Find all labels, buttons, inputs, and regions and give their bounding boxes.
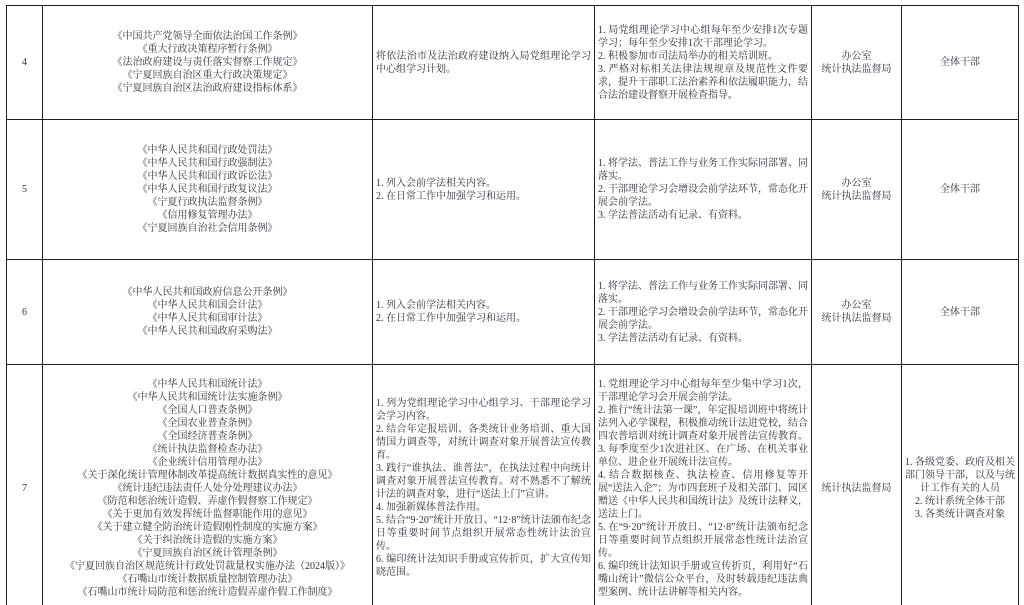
- table-row: 5 《中华人民共和国行政处罚法》 《中华人民共和国行政强制法》 《中华人民共和国…: [7, 120, 1019, 260]
- legal-education-responsibility-table: 4 《中国共产党领导全面依法治国工作条例》 《重大行政决策程序暂行条例》 《法治…: [6, 5, 1019, 605]
- laws-list-cell: 《中华人民共和国行政处罚法》 《中华人民共和国行政强制法》 《中华人民共和国行政…: [43, 120, 373, 260]
- laws-list-cell: 《中华人民共和国政府信息公开条例》 《中华人民共和国会计法》 《中华人民共和国审…: [43, 260, 373, 365]
- tasks-cell: 1. 列入会前学法相关内容。 2. 在日常工作中加强学习和运用。: [373, 120, 595, 260]
- measures-cell: 1. 将学法、普法工作与业务工作实际同部署、同落实。 2. 干部理论学习会增设会…: [595, 260, 812, 365]
- tasks-cell: 1. 列为党组理论学习中心组学习、干部理论学习会学习内容。 2. 结合年定报培训…: [373, 365, 595, 605]
- table-row: 6 《中华人民共和国政府信息公开条例》 《中华人民共和国会计法》 《中华人民共和…: [7, 260, 1019, 365]
- audience-cell: 全体干部: [902, 6, 1019, 120]
- department-cell: 办公室 统计执法监督局: [812, 120, 902, 260]
- table-row: 4 《中国共产党领导全面依法治国工作条例》 《重大行政决策程序暂行条例》 《法治…: [7, 6, 1019, 120]
- row-number-cell: 4: [7, 6, 43, 120]
- row-number-cell: 6: [7, 260, 43, 365]
- department-cell: 统计执法监督局: [812, 365, 902, 605]
- laws-list-cell: 《中国共产党领导全面依法治国工作条例》 《重大行政决策程序暂行条例》 《法治政府…: [43, 6, 373, 120]
- measures-cell: 1. 将学法、普法工作与业务工作实际同部署、同落实。 2. 干部理论学习会增设会…: [595, 120, 812, 260]
- department-cell: 办公室 统计执法监督局: [812, 6, 902, 120]
- tasks-cell: 将依法治市及法治政府建设纳入局党组理论学习中心组学习计划。: [373, 6, 595, 120]
- tasks-cell: 1. 列入会前学法相关内容。 2. 在日常工作中加强学习和运用。: [373, 260, 595, 365]
- laws-list-cell: 《中华人民共和国统计法》 《中华人民共和国统计法实施条例》 《全国人口普查条例》…: [43, 365, 373, 605]
- audience-cell: 全体干部: [902, 260, 1019, 365]
- measures-cell: 1. 局党组理论学习中心组每年至少安排1次专题学习；每年至少安排1次干部理论学习…: [595, 6, 812, 120]
- row-number-cell: 5: [7, 120, 43, 260]
- audience-cell: 1. 各级党委、政府及相关部门领导干部，以及与统计工作有关的人员 2. 统计系统…: [902, 365, 1019, 605]
- measures-cell: 1. 党组理论学习中心组每年至少集中学习1次，干部理论学习会开展会前学法。 2.…: [595, 365, 812, 605]
- table-row: 7 《中华人民共和国统计法》 《中华人民共和国统计法实施条例》 《全国人口普查条…: [7, 365, 1019, 605]
- department-cell: 办公室 统计执法监督局: [812, 260, 902, 365]
- row-number-cell: 7: [7, 365, 43, 605]
- audience-cell: 全体干部: [902, 120, 1019, 260]
